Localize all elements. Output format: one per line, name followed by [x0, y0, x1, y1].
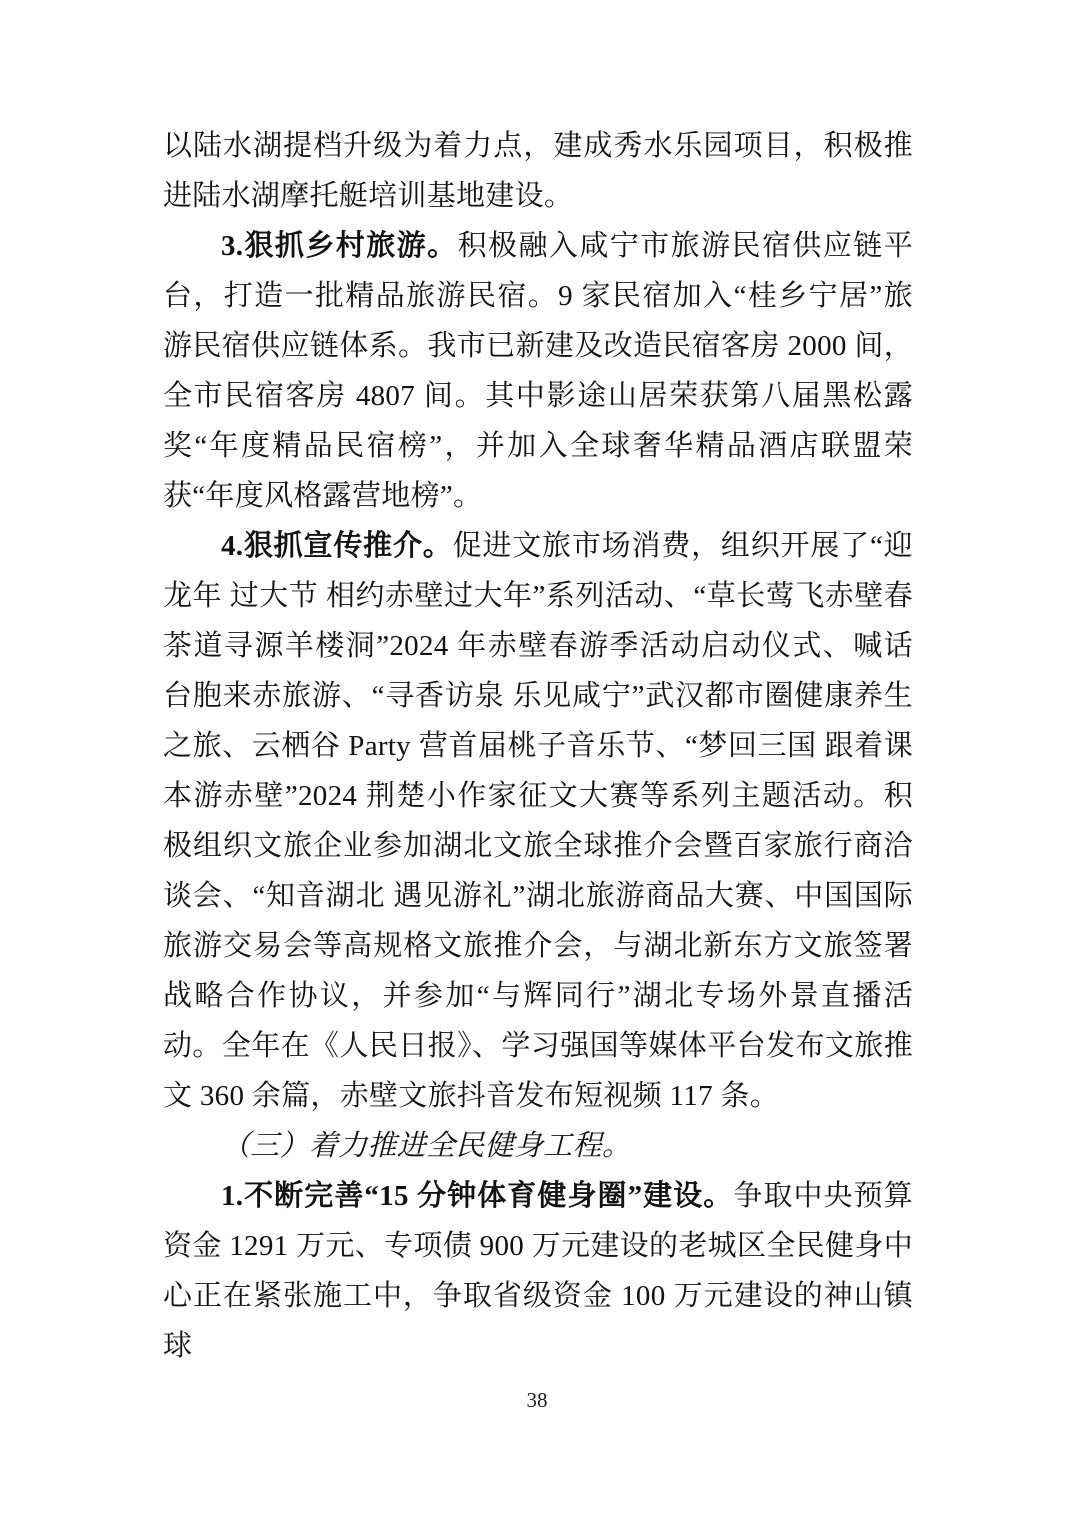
- text-segment-normal: 促进文旅市场消费，组织开展了“迎龙年 过大节 相约赤壁过大年”系列活动、“草长莺…: [163, 530, 913, 1112]
- document-page: 以陆水湖提档升级为着力点，建成秀水乐园项目，积极推进陆水湖摩托艇培训基地建设。3…: [0, 0, 1074, 1520]
- text-segment-normal: 以陆水湖提档升级为着力点，建成秀水乐园项目，积极推进陆水湖摩托艇培训基地建设。: [163, 130, 913, 212]
- paragraph: 4.狠抓宣传推介。促进文旅市场消费，组织开展了“迎龙年 过大节 相约赤壁过大年”…: [163, 521, 913, 1121]
- paragraph: 3.狠抓乡村旅游。积极融入咸宁市旅游民宿供应链平台，打造一批精品旅游民宿。9 家…: [163, 221, 913, 521]
- text-segment-normal: 积极融入咸宁市旅游民宿供应链平台，打造一批精品旅游民宿。9 家民宿加入“桂乡宁居…: [163, 230, 913, 512]
- text-segment-kaiti: （三）着力推进全民健身工程。: [221, 1130, 631, 1162]
- paragraph: 以陆水湖提档升级为着力点，建成秀水乐园项目，积极推进陆水湖摩托艇培训基地建设。: [163, 121, 913, 221]
- text-segment-bold: 4.狠抓宣传推介。: [221, 530, 453, 562]
- page-number: 38: [527, 1388, 548, 1412]
- text-segment-bold: 1.不断完善“15 分钟体育健身圈”建设。: [221, 1180, 733, 1212]
- text-segment-bold: 3.狠抓乡村旅游。: [221, 230, 458, 262]
- paragraph: 1.不断完善“15 分钟体育健身圈”建设。争取中央预算资金 1291 万元、专项…: [163, 1171, 913, 1371]
- document-body: 以陆水湖提档升级为着力点，建成秀水乐园项目，积极推进陆水湖摩托艇培训基地建设。3…: [163, 121, 913, 1371]
- page-footer: 38: [0, 1388, 1074, 1413]
- paragraph: （三）着力推进全民健身工程。: [163, 1121, 913, 1171]
